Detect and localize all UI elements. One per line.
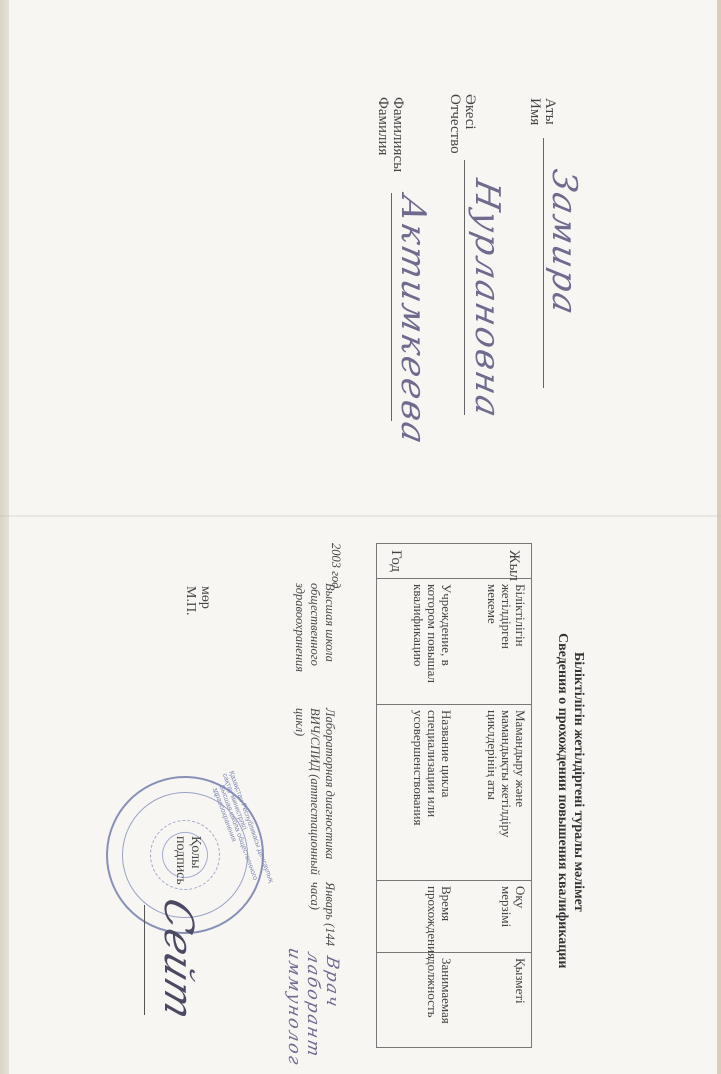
- patronymic-label-ru: Отчество: [446, 94, 463, 154]
- surname-label-ru: Фамилия: [374, 97, 391, 155]
- header-cycle-kk: Мамандыру және мамандықты жетілдіру цикл…: [485, 710, 527, 872]
- signature: Сейт: [155, 892, 201, 1027]
- surname-value[interactable]: Актимкеева: [393, 192, 433, 450]
- title-kk: Біліктілігін жетілдіргені туралы мәлімет: [570, 652, 586, 912]
- title-ru: Сведения о прохождении повышения квалифи…: [554, 633, 570, 968]
- sign-label-kk: Қолы: [187, 836, 203, 869]
- page-fold: [0, 515, 721, 517]
- cell-institution: Высшая школа общественного здравоохранен…: [292, 583, 337, 703]
- signature-underline: [144, 905, 145, 1015]
- surname-label-kk: Фамилиясы: [389, 97, 406, 172]
- header-position-ru: Занимаемая должность: [425, 958, 453, 1044]
- header-duration-kk: Оқу мерзімі: [499, 886, 527, 946]
- sign-label-ru: подпись: [172, 836, 188, 885]
- first-name-value[interactable]: Замира: [544, 166, 584, 320]
- header-position-kk: Қызметі: [513, 958, 527, 1044]
- header-cycle-ru: Название цикла специализации или усоверш…: [411, 710, 453, 872]
- patronymic-underline: [464, 160, 465, 415]
- cell-duration: Январь (144 часа): [307, 882, 337, 948]
- column-divider: [377, 704, 531, 705]
- qualification-table: Жыл Год Біліктілігін жетілдірген мекеме …: [376, 543, 532, 1048]
- header-institution-kk: Біліктілігін жетілдірген мекеме: [485, 584, 527, 654]
- seal-label-ru: М.П.: [182, 586, 198, 616]
- first-name-label-kk: Аты: [541, 98, 558, 125]
- cell-position[interactable]: Врач лаборант иммунолог: [284, 946, 341, 1053]
- surname-underline: [391, 193, 392, 421]
- cell-cycle: Лабораторная диагностика ВИЧ/СПИД (аттес…: [292, 708, 337, 878]
- column-divider: [377, 880, 531, 881]
- header-institution-ru: Учреждение, в котором повышал квалификац…: [411, 584, 453, 696]
- first-name-label-ru: Имя: [526, 98, 543, 125]
- header-duration-ru: Время прохождения: [425, 886, 453, 946]
- patronymic-label-kk: Әкесі: [461, 94, 478, 130]
- patronymic-value[interactable]: Нурлановна: [467, 176, 507, 423]
- page-edge: [717, 0, 721, 1074]
- header-year-kk: Жыл: [507, 550, 521, 581]
- cell-year: 2003 год: [328, 543, 343, 588]
- document-page: Аты Имя Замира Әкесі Отчество Нурлановна…: [0, 0, 721, 1074]
- page-edge-bottom: [0, 0, 9, 1074]
- seal-label-kk: мөр: [197, 586, 213, 609]
- column-divider: [377, 952, 531, 953]
- header-year-ru: Год: [389, 550, 403, 572]
